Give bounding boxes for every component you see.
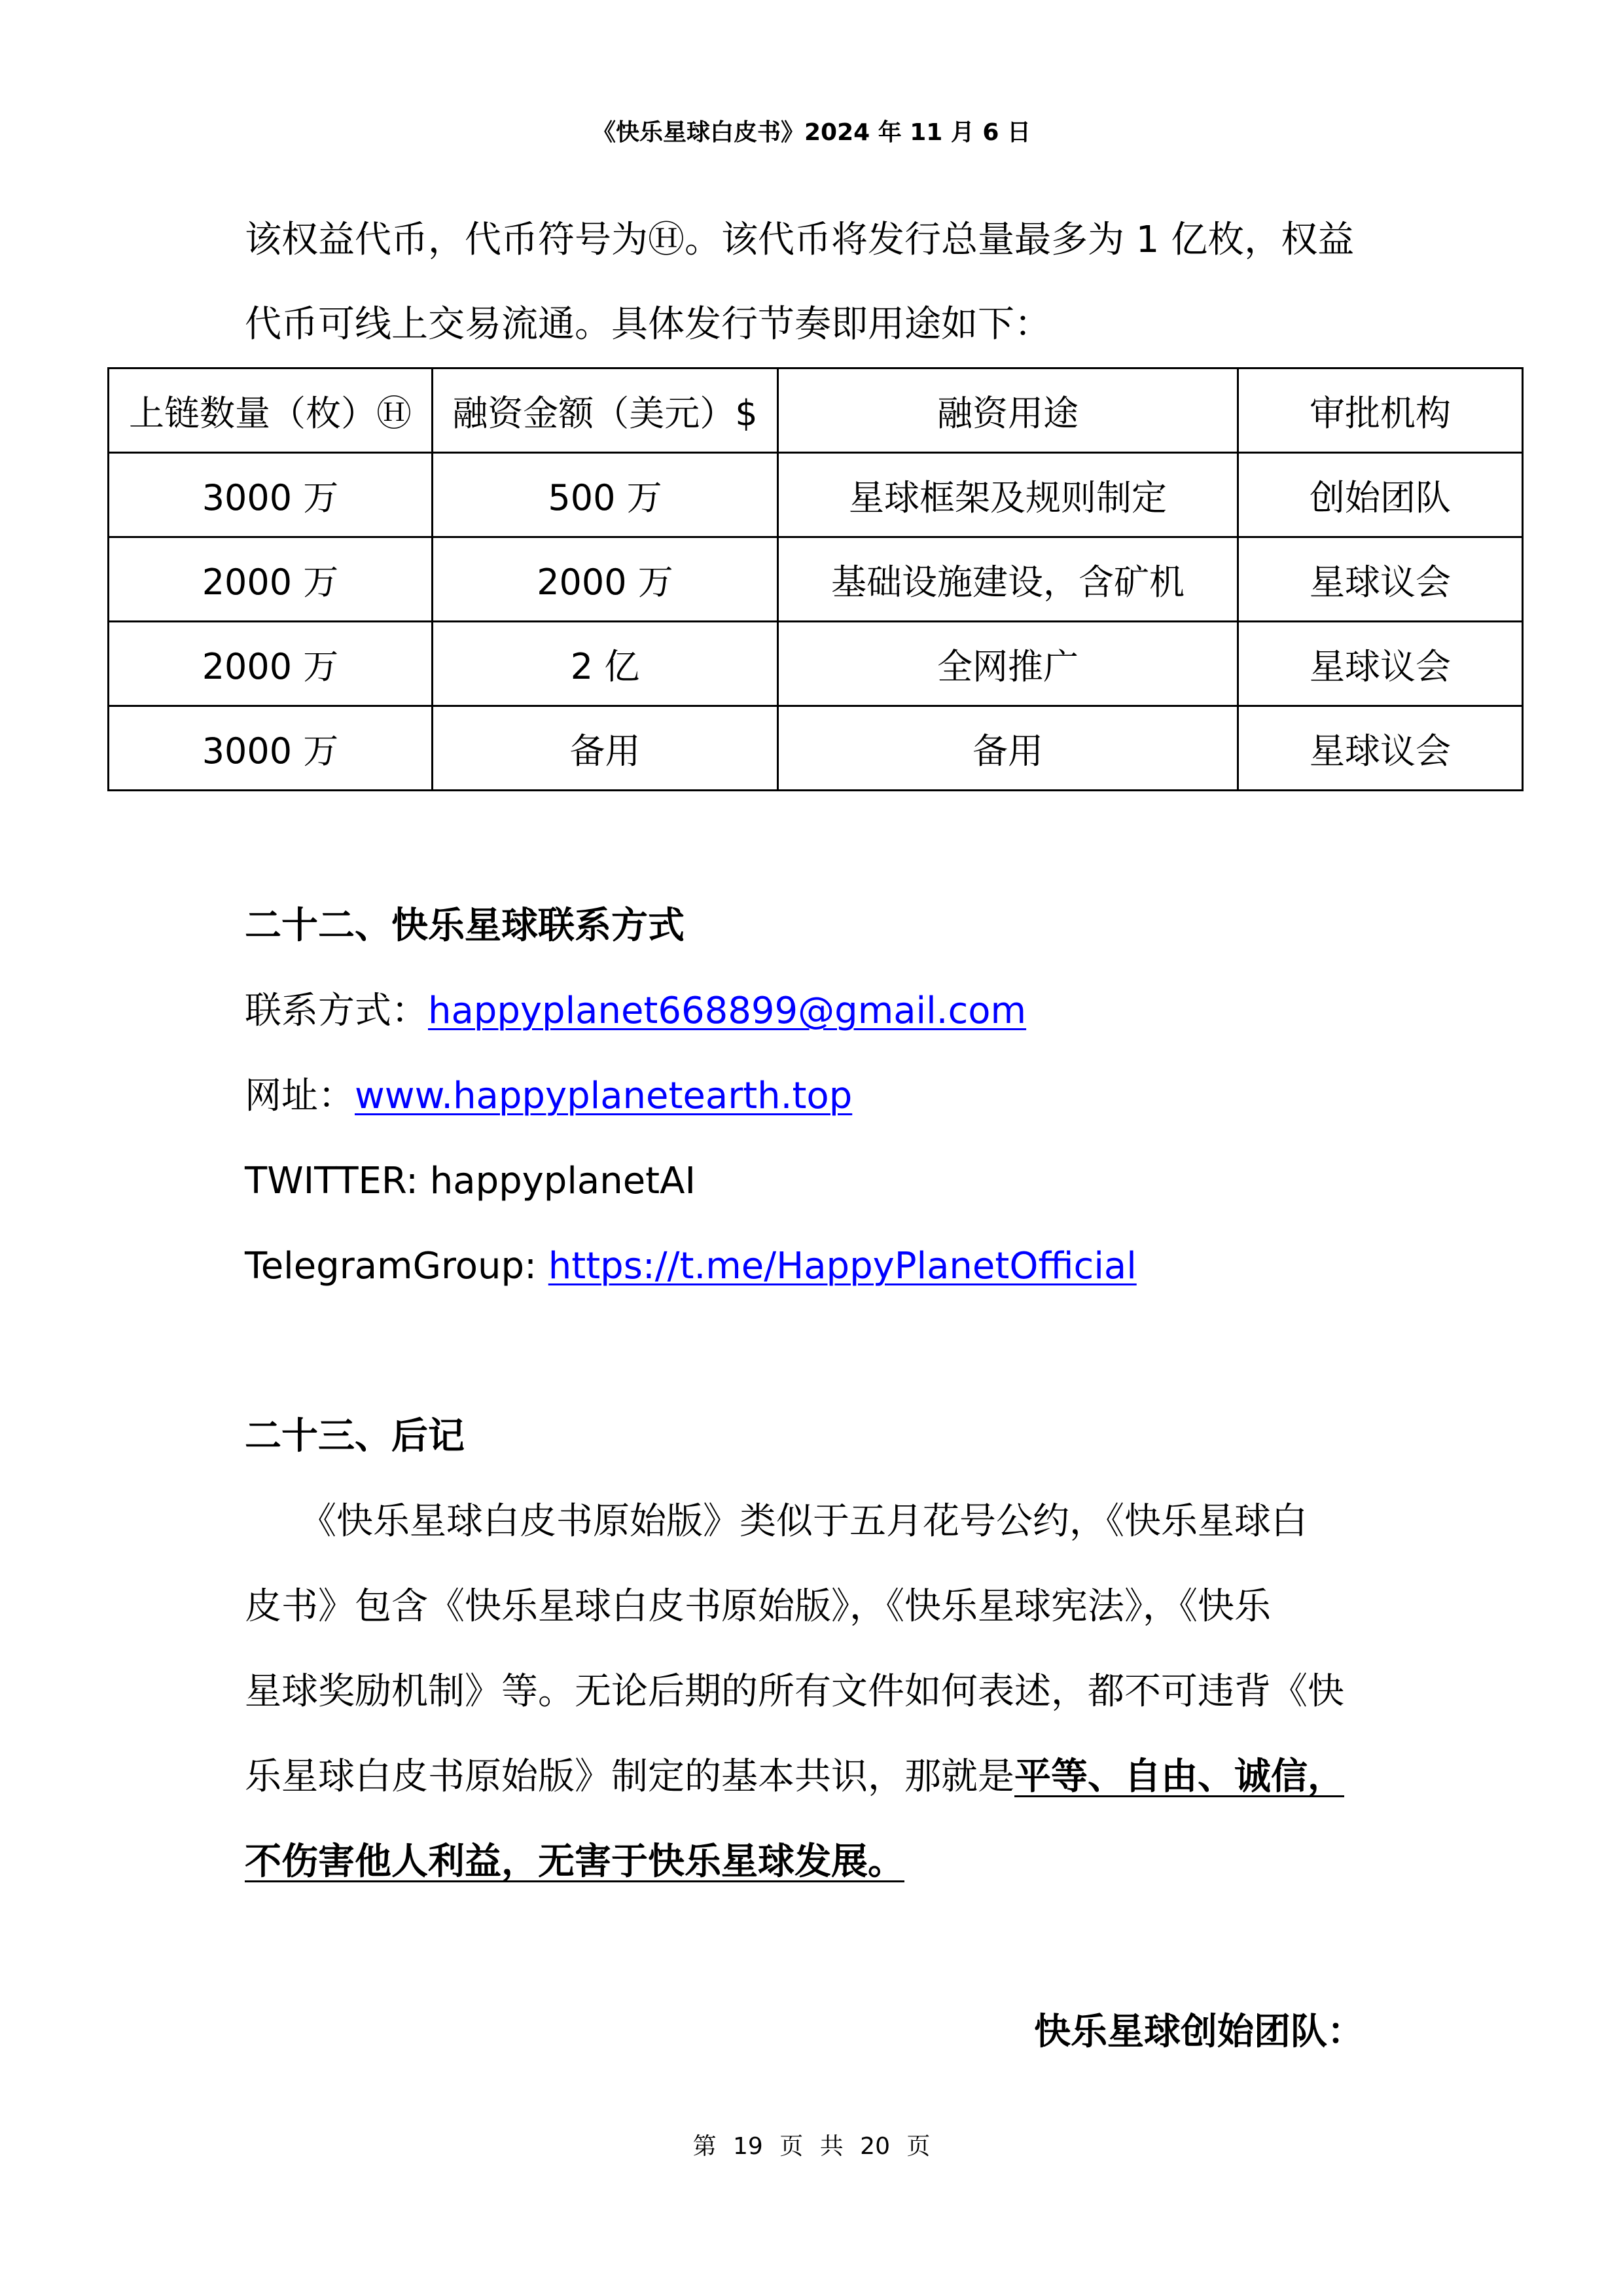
contact-website-line: 网址：www.happyplanetearth.top [245, 1070, 852, 1122]
signature: 快乐星球创始团队： [1034, 2006, 1364, 2058]
afterword-line-5: 不伤害他人利益，无害于快乐星球发展。 [245, 1836, 904, 1888]
contact-email-line: 联系方式：happyplanet668899@gmail.com [245, 985, 1026, 1037]
afterword-line-4-text: 乐星球白皮书原始版》制定的基本共识，那就是 [245, 1755, 1014, 1798]
contact-twitter-line: TWITTER: happyplanetAI [245, 1155, 696, 1208]
intro-line-1: 该权益代币，代币符号为Ⓗ。该代币将发行总量最多为 1 亿枚，权益 [245, 214, 1354, 266]
cell-funding-purpose: 星球框架及规则制定 [778, 453, 1238, 537]
header-funding-amount: 融资金额（美元）$ [433, 368, 778, 453]
header-approval-body: 审批机构 [1238, 368, 1523, 453]
table-row: 3000 万 500 万 星球框架及规则制定 创始团队 [109, 453, 1523, 537]
cell-onchain-amount: 3000 万 [109, 706, 433, 791]
cell-approval-body: 星球议会 [1238, 622, 1523, 706]
intro-line-2: 代币可线上交易流通。具体发行节奏即用途如下： [245, 298, 1051, 351]
header-funding-purpose: 融资用途 [778, 368, 1238, 453]
afterword-line-4: 乐星球白皮书原始版》制定的基本共识，那就是平等、自由、诚信， [245, 1751, 1344, 1803]
cell-funding-amount: 2000 万 [433, 537, 778, 622]
website-label: 网址： [245, 1075, 355, 1117]
page-footer: 第 19 页 共 20 页 [0, 2130, 1623, 2163]
email-label: 联系方式： [245, 990, 428, 1032]
cell-funding-amount: 500 万 [433, 453, 778, 537]
core-values-emphasis-continued: 不伤害他人利益，无害于快乐星球发展。 [245, 1840, 904, 1883]
cell-funding-amount: 备用 [433, 706, 778, 791]
header-onchain-amount: 上链数量（枚）Ⓗ [109, 368, 433, 453]
afterword-line-1: 《快乐星球白皮书原始版》类似于五月花号公约，《快乐星球白 [245, 1496, 1308, 1548]
contact-telegram-line: TelegramGroup: https://t.me/HappyPlanetO… [245, 1240, 1137, 1293]
email-link[interactable]: happyplanet668899@gmail.com [428, 990, 1026, 1032]
cell-funding-purpose: 备用 [778, 706, 1238, 791]
cell-funding-amount: 2 亿 [433, 622, 778, 706]
cell-approval-body: 星球议会 [1238, 537, 1523, 622]
table-row: 2000 万 2000 万 基础设施建设，含矿机 星球议会 [109, 537, 1523, 622]
issuance-table: 上链数量（枚）Ⓗ 融资金额（美元）$ 融资用途 审批机构 3000 万 500 … [107, 367, 1524, 791]
cell-funding-purpose: 基础设施建设，含矿机 [778, 537, 1238, 622]
page-header: 《快乐星球白皮书》2024 年 11 月 6 日 [0, 117, 1623, 149]
cell-onchain-amount: 2000 万 [109, 537, 433, 622]
table-row: 3000 万 备用 备用 星球议会 [109, 706, 1523, 791]
contact-section-heading: 二十二、快乐星球联系方式 [245, 900, 685, 952]
core-values-emphasis: 平等、自由、诚信， [1014, 1755, 1344, 1798]
telegram-label: TelegramGroup: [245, 1245, 548, 1287]
table-header-row: 上链数量（枚）Ⓗ 融资金额（美元）$ 融资用途 审批机构 [109, 368, 1523, 453]
afterword-section-heading: 二十三、后记 [245, 1410, 465, 1463]
table-row: 2000 万 2 亿 全网推广 星球议会 [109, 622, 1523, 706]
afterword-line-2: 皮书》包含《快乐星球白皮书原始版》，《快乐星球宪法》，《快乐 [245, 1581, 1271, 1633]
telegram-link[interactable]: https://t.me/HappyPlanetOfficial [548, 1245, 1137, 1287]
afterword-line-3: 星球奖励机制》等。无论后期的所有文件如何表述，都不可违背《快 [245, 1666, 1344, 1718]
cell-onchain-amount: 2000 万 [109, 622, 433, 706]
cell-approval-body: 创始团队 [1238, 453, 1523, 537]
website-link[interactable]: www.happyplanetearth.top [355, 1075, 852, 1117]
cell-approval-body: 星球议会 [1238, 706, 1523, 791]
cell-onchain-amount: 3000 万 [109, 453, 433, 537]
cell-funding-purpose: 全网推广 [778, 622, 1238, 706]
